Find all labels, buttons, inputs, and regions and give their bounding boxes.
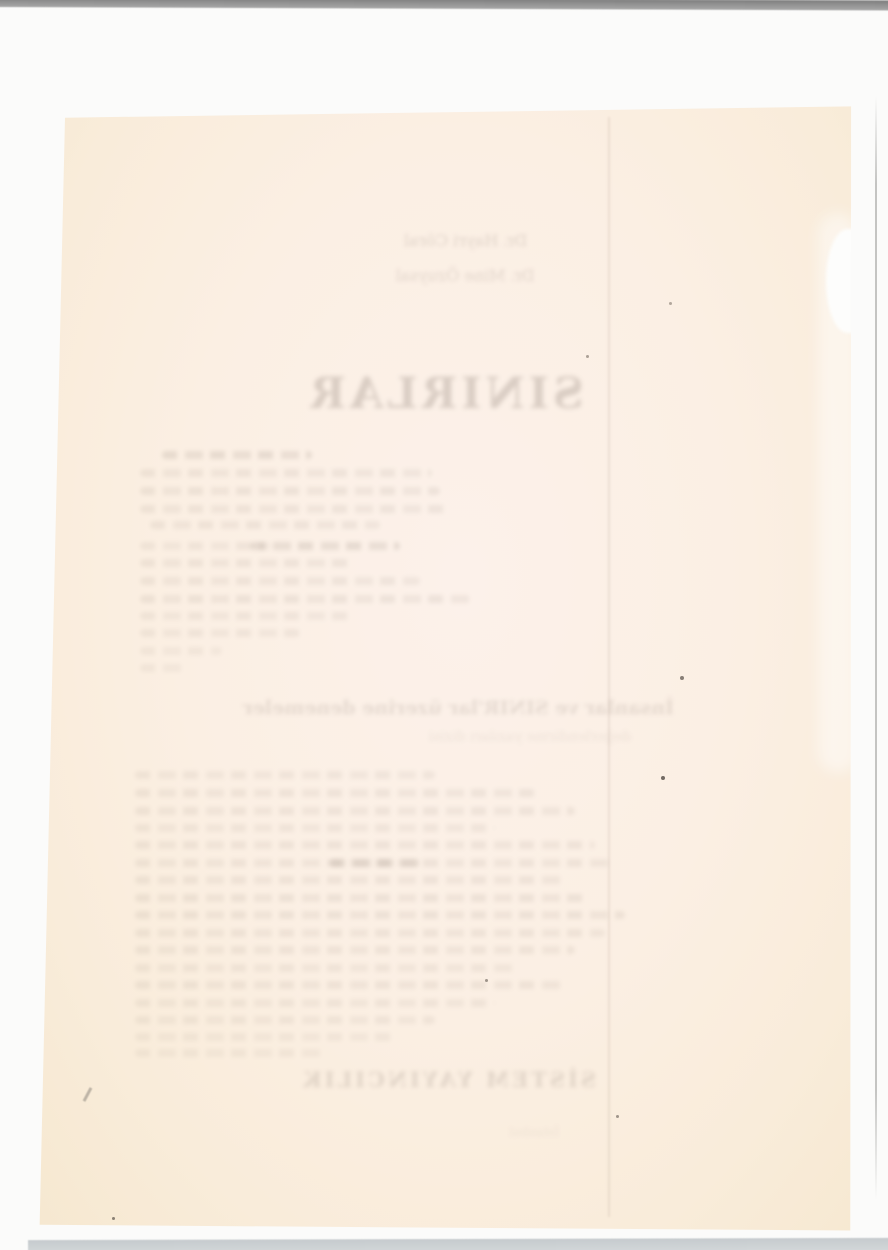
ghost-text-line (135, 1049, 325, 1057)
ghost-section-subline: değerlendirme yazıları dizisi (410, 729, 650, 745)
ghost-small-bottom-line: İstanbul (486, 1125, 582, 1139)
ghost-text-line (140, 612, 352, 620)
ghost-author-line-1: Dr. Hayri Cöral (368, 231, 563, 250)
ghost-text-line (140, 664, 185, 672)
ink-speck (669, 302, 672, 305)
ghost-text-line (140, 629, 300, 637)
ghost-text-line (135, 964, 515, 972)
book-page: Dr. Hayri Cöral Dr. Mine Özuysal SINIRLA… (38, 103, 856, 1235)
ink-speck (485, 979, 488, 982)
torn-edge-notch (826, 229, 862, 333)
ink-speck (586, 355, 589, 358)
ghost-text-line (140, 647, 222, 655)
ghost-text-line (135, 999, 495, 1007)
ghost-text-line (140, 487, 440, 495)
ghost-text-line (135, 841, 595, 849)
ink-speck (680, 676, 684, 680)
ghost-text-line (140, 595, 470, 603)
ghost-text-line (140, 577, 420, 585)
ghost-text-line (140, 469, 432, 477)
ghost-text-line (135, 876, 565, 884)
ghost-text-line (140, 559, 350, 567)
ghost-text-line (150, 521, 380, 529)
ink-speck (112, 1217, 115, 1220)
ghost-text-line (135, 929, 605, 937)
ghost-text-line (162, 451, 312, 459)
ink-speck (661, 776, 665, 780)
ghost-text-line (135, 807, 575, 815)
adjacent-page-edge-line (875, 96, 877, 1200)
pencil-slash-mark (83, 1087, 93, 1102)
scanner-edge-bottom (28, 1238, 888, 1250)
ghost-text-line (250, 542, 400, 550)
ghost-section-heading: İnsanlar ve SINIR'lar üzerine denemeler (252, 697, 674, 719)
ghost-text-line (135, 824, 495, 832)
scanner-edge-top (0, 0, 888, 10)
ghost-text-line (135, 1016, 435, 1024)
ghost-text-line (135, 911, 625, 919)
ink-speck (616, 1115, 619, 1118)
ghost-text-line (135, 981, 565, 989)
ghost-text-line (135, 789, 535, 797)
ghost-text-line (135, 771, 435, 779)
ghost-text-line (330, 859, 420, 867)
ghost-text-line (135, 1033, 395, 1041)
ghost-text-line (135, 894, 585, 902)
page-crease (608, 117, 610, 1217)
ghost-publisher-line: SİSTEM YAYINCILIK (304, 1067, 596, 1092)
ghost-text-line (140, 505, 450, 513)
ghost-text-line (135, 946, 575, 954)
ghost-author-line-2: Dr. Mine Özuysal (360, 266, 570, 285)
ghost-book-title: SINIRLAR (290, 369, 600, 419)
